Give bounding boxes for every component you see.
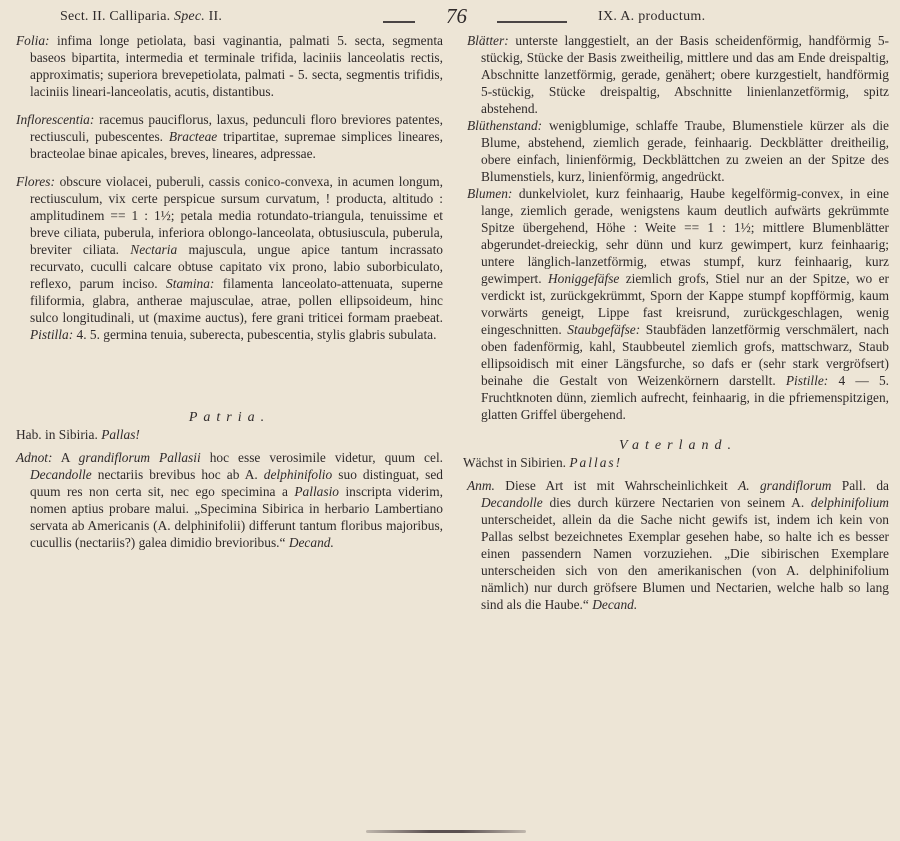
vaterland-text: Wächst in Sibirien. (463, 455, 566, 470)
patria-text: Hab. in Sibiria. (16, 427, 98, 442)
pistille-label: Pistille: (786, 373, 828, 388)
anm-text-2: Pall. da (842, 478, 889, 493)
anm-italic-2: Decandolle (481, 495, 543, 510)
blaetter-label: Blätter: (467, 33, 509, 48)
anm-italic-1: A. grandiflorum (738, 478, 831, 493)
vaterland-paragraph: Wächst in Sibirien. Pallas! (463, 454, 889, 471)
adnot-italic-2: Decandolle (30, 467, 92, 482)
blumen-label: Blumen: (467, 186, 512, 201)
adnot-paragraph: Adnot: A grandiflorum Pallasii hoc esse … (16, 449, 443, 551)
anm-text-1: Diese Art ist mit Wahrscheinlichkeit (505, 478, 727, 493)
bluethenstand-text: wenigblumige, schlaffe Traube, Blumensti… (481, 118, 889, 184)
adnot-italic-4: Pallasio (294, 484, 339, 499)
adnot-text-2: hoc esse verosimile videtur, quum cel. (210, 450, 443, 465)
blaetter-paragraph: Blätter: unterste langgestielt, an der B… (467, 32, 889, 117)
blaetter-text: unterste langgestielt, an der Basis sche… (481, 33, 889, 116)
stamina-label: Stamina: (166, 276, 214, 291)
adnot-italic-1: grandiflorum Pallasii (79, 450, 201, 465)
inflorescentia-label: Inflorescentia: (16, 112, 94, 127)
header-rule-left (383, 21, 415, 23)
nectaria-label: Nectaria (130, 242, 177, 257)
running-header: Sect. II. Calliparia. Spec. II. 76 IX. A… (0, 4, 900, 30)
flores-paragraph: Flores: obscure violacei, puberuli, cass… (16, 173, 443, 343)
header-rule-right (497, 21, 567, 23)
adnot-label: Adnot: (16, 450, 52, 465)
blumen-paragraph: Blumen: dunkelviolet, kurz feinhaarig, H… (467, 185, 889, 423)
header-spec-number: II. (209, 9, 222, 24)
header-section: Sect. II. Calliparia. Spec. II. (60, 9, 222, 25)
bluethenstand-label: Blüthenstand: (467, 118, 542, 133)
header-spec-label: Spec. (174, 9, 205, 24)
page-number: 76 (446, 4, 467, 29)
anm-label: Anm. (467, 478, 495, 493)
pistilla-text: 4. 5. germina tenuia, suberecta, pubesce… (77, 327, 437, 342)
anm-italic-3: delphinifolium (811, 495, 889, 510)
staubgefaesse-label: Staubgefäfse: (567, 322, 640, 337)
adnot-text-1: A (61, 450, 70, 465)
folia-paragraph: Folia: infima longe petiolata, basi vagi… (16, 32, 443, 100)
adnot-italic-3: delphinifolio (264, 467, 332, 482)
adnot-text-3: nectariis brevibus hoc ab A. (98, 467, 258, 482)
pistilla-label: Pistilla: (30, 327, 73, 342)
vaterland-heading: Vaterland. (467, 437, 889, 454)
german-column: Blätter: unterste langgestielt, an der B… (467, 32, 889, 613)
anm-paragraph: Anm. Diese Art ist mit Wahrscheinlichkei… (467, 477, 889, 613)
anm-italic-4: Decand. (592, 597, 637, 612)
anm-text-3: dies durch kürzere Nectarien von seinem … (549, 495, 804, 510)
folia-text: infima longe petiolata, basi vaginantia,… (30, 33, 443, 99)
bracteae-label: Bracteae (169, 129, 217, 144)
header-section-label: Sect. II. Calliparia. (60, 9, 170, 24)
folia-label: Folia: (16, 33, 49, 48)
flores-label: Flores: (16, 174, 55, 189)
bluethenstand-paragraph: Blüthenstand: wenigblumige, schlaffe Tra… (467, 117, 889, 185)
patria-paragraph: Hab. in Sibiria. Pallas! (16, 426, 443, 443)
header-species-title: IX. A. productum. (598, 9, 705, 25)
book-page: Sect. II. Calliparia. Spec. II. 76 IX. A… (0, 0, 900, 841)
honiggefaesse-label: Honiggefäfse (548, 271, 619, 286)
latin-column: Folia: infima longe petiolata, basi vagi… (16, 32, 443, 551)
adnot-italic-5: Decand. (289, 535, 334, 550)
patria-heading: Patria. (16, 409, 443, 426)
patria-author: Pallas! (101, 427, 140, 442)
anm-text-4: unterscheidet, allein da die Sache nicht… (481, 512, 889, 612)
vaterland-author: Pallas! (569, 455, 622, 470)
inflorescentia-paragraph: Inflorescentia: racemus pauciflorus, lax… (16, 111, 443, 162)
footer-rule (366, 830, 526, 833)
